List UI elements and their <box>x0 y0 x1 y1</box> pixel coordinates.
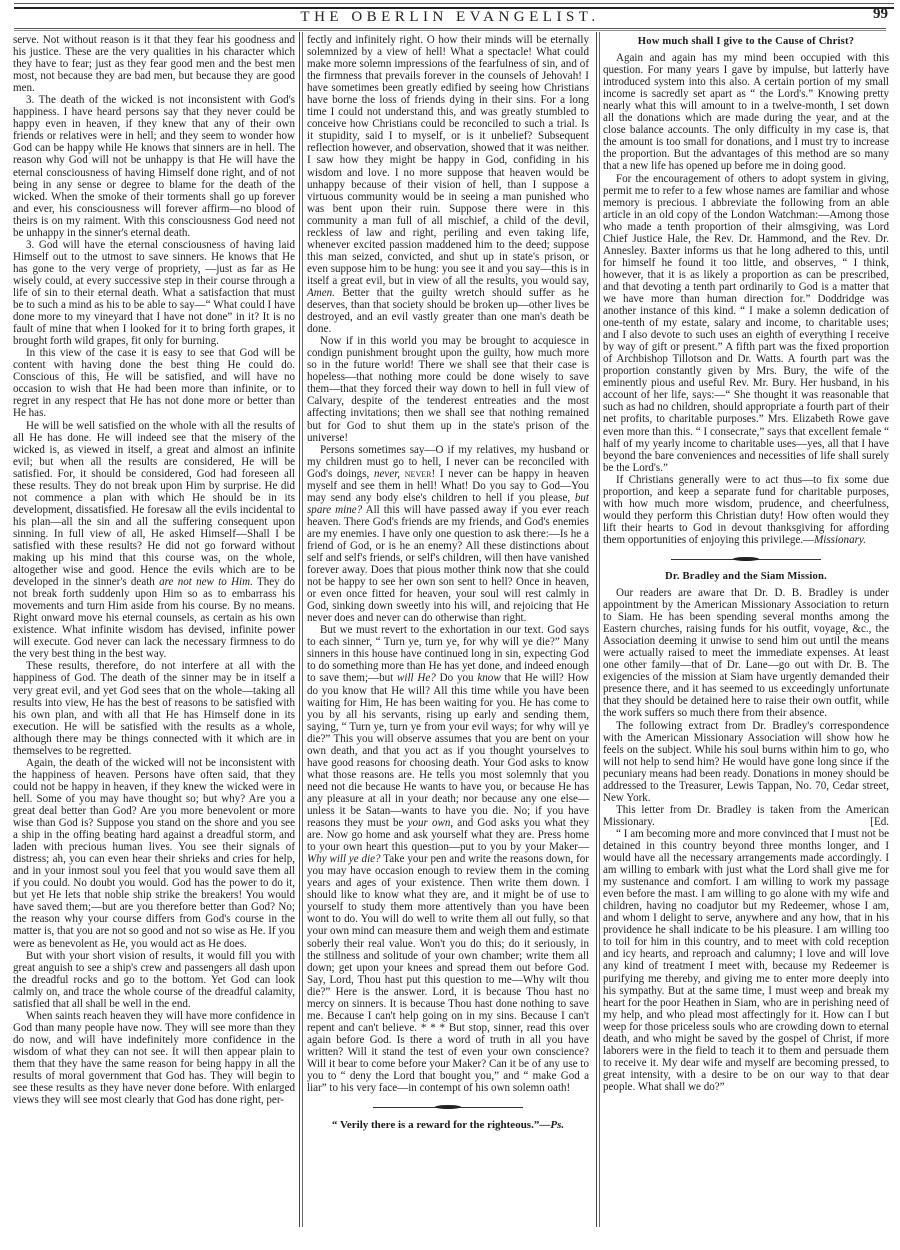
text-run: fectly and infinitely right. O how their… <box>307 34 589 287</box>
text-run: Do you <box>436 672 478 684</box>
paragraph: But we must revert to the exhortation in… <box>307 624 589 1094</box>
text-run: Take your pen and write the reasons down… <box>307 853 589 1094</box>
paragraph: This letter from Dr. Bradley is taken fr… <box>603 804 889 828</box>
source-credit: Missionary. <box>814 534 866 546</box>
paragraph: He will be well satisfied on the whole w… <box>13 420 295 661</box>
paragraph: Again and again has my mind been occupie… <box>603 52 889 172</box>
column-rule-2 <box>596 32 600 1227</box>
epigraph: “ Verily there is a reward for the right… <box>307 1119 589 1131</box>
paragraph: Our readers are aware that Dr. D. B. Bra… <box>603 587 889 720</box>
column-rule-1 <box>299 32 303 1227</box>
italic-text: will He? <box>397 672 436 684</box>
column-1: serve. Not without reason is it that the… <box>13 34 295 1106</box>
italic-text: Amen. <box>307 287 335 299</box>
editor-mark: [Ed. <box>857 816 889 828</box>
newspaper-page: THE OBERLIN EVANGELIST. 99 serve. Not wi… <box>0 0 900 1250</box>
paragraph: fectly and infinitely right. O how their… <box>307 34 589 335</box>
paragraph: When saints reach heaven they will have … <box>13 1010 295 1106</box>
text-run: They do not break forth suddenly upon Hi… <box>13 576 295 660</box>
italic-text: Why will ye die? <box>307 853 381 865</box>
italic-text: know <box>477 672 500 684</box>
paragraph: If Christians generally were to act thus… <box>603 474 889 546</box>
ornamental-divider <box>373 1104 523 1111</box>
paragraph: For the encouragement of others to adopt… <box>603 173 889 474</box>
italic-text: are not new to Him. <box>159 576 253 588</box>
paragraph: serve. Not without reason is it that the… <box>13 34 295 94</box>
masthead-title: THE OBERLIN EVANGELIST. <box>300 9 599 25</box>
text-run: This letter from Dr. Bradley is taken fr… <box>603 804 889 828</box>
text-run: All this will have passed away if you ev… <box>307 504 589 624</box>
italic-text: your own, <box>408 817 454 829</box>
paragraph: Persons sometimes say—O if my relatives,… <box>307 444 589 625</box>
article-heading-siam-mission: Dr. Bradley and the Siam Mission. <box>603 571 889 583</box>
epigraph-text: “ Verily there is a reward for the right… <box>332 1119 550 1131</box>
text-run: Better that the guilty wretch should suf… <box>307 287 589 335</box>
column-2: fectly and infinitely right. O how their… <box>307 34 589 1131</box>
paragraph: In this view of the case it is easy to s… <box>13 347 295 419</box>
text-run: He will be well satisfied on the whole w… <box>13 420 295 589</box>
paragraph: But with your short vision of results, i… <box>13 950 295 1010</box>
paragraph: “ I am becoming more and more convinced … <box>603 828 889 1093</box>
paragraph: 3. God will have the eternal consciousne… <box>13 239 295 347</box>
header-rule <box>14 28 886 31</box>
paragraph: The following extract from Dr. Bradley's… <box>603 720 889 804</box>
ornamental-divider <box>671 556 821 563</box>
masthead: THE OBERLIN EVANGELIST. <box>0 6 900 28</box>
article-heading-giving: How much shall I give to the Cause of Ch… <box>603 36 889 48</box>
paragraph: These results, therefore, do not interfe… <box>13 660 295 756</box>
italic-text: never, <box>374 468 400 480</box>
small-caps-text: never <box>405 468 432 480</box>
page-number: 99 <box>873 6 888 23</box>
text-run: that He will? How do you know that He wi… <box>307 672 589 829</box>
column-3: How much shall I give to the Cause of Ch… <box>603 34 889 1093</box>
paragraph: 3. The death of the wicked is not incons… <box>13 94 295 239</box>
paragraph: Again, the death of the wicked will not … <box>13 757 295 950</box>
epigraph-source: Ps. <box>550 1119 564 1131</box>
paragraph: Now if in this world you may be brought … <box>307 335 589 443</box>
